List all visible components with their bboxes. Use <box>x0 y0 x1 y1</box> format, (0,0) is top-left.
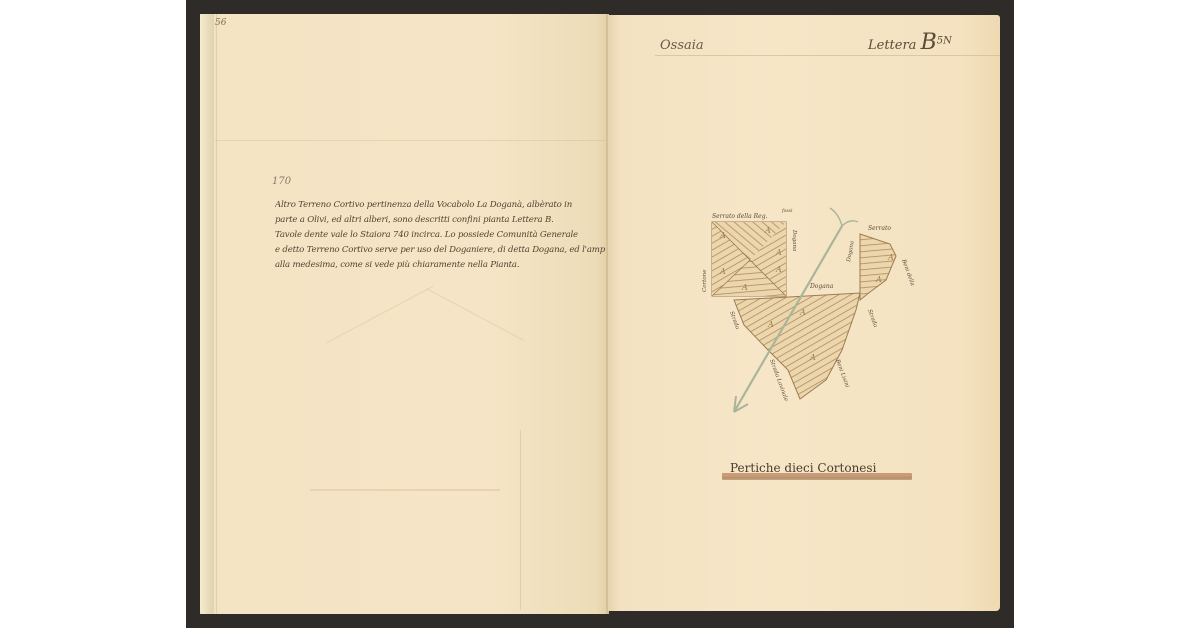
left-page-vertical-rule <box>520 430 521 610</box>
svg-text:Cortone: Cortone <box>702 269 708 292</box>
entry-line: parte a Olivi, ed altri alberi, sono des… <box>275 213 605 228</box>
letter-value: B <box>921 30 937 55</box>
entry-number: 170 <box>272 176 291 187</box>
svg-text:Strada: Strada <box>866 309 878 329</box>
entry-line: Tavole dente vale lo Staiora 740 incirca… <box>275 228 605 243</box>
entry-text: Altro Terreno Cortivo pertinenza della V… <box>275 198 605 273</box>
svg-text:A: A <box>719 267 726 276</box>
letter-header: Lettera B5N <box>868 30 952 55</box>
svg-text:fossi: fossi <box>781 208 793 214</box>
svg-text:A: A <box>741 283 748 292</box>
left-page <box>200 14 608 614</box>
page-number: 5N <box>937 36 952 47</box>
svg-text:A: A <box>775 265 782 274</box>
entry-line: alla medesima, come si vede più chiarame… <box>275 258 605 273</box>
ink-bleed-ghost <box>327 286 434 344</box>
svg-text:A: A <box>809 353 816 362</box>
locality-header: Ossaia <box>660 38 704 53</box>
entry-line: Altro Terreno Cortivo pertinenza della V… <box>275 198 605 213</box>
page-edge-stack <box>200 14 214 614</box>
svg-text:A: A <box>767 320 774 329</box>
svg-text:A: A <box>875 275 882 284</box>
entry-line: e detto Terreno Cortivo serve per uso de… <box>275 243 605 258</box>
map-label-top-left: Serrato della Reg. <box>712 213 768 220</box>
svg-text:Dogana: Dogana <box>846 240 856 263</box>
svg-text:Strada: Strada <box>728 311 740 331</box>
plot-right <box>860 234 896 300</box>
ink-bleed-ghost <box>426 288 524 341</box>
svg-text:Beni Lisini: Beni Lisini <box>834 358 850 389</box>
svg-text:A: A <box>799 308 806 317</box>
svg-text:A: A <box>887 253 894 262</box>
svg-text:A: A <box>764 226 771 235</box>
ink-bleed-scale <box>310 489 500 491</box>
cadastral-map: AAA AAA AA AAA Serrato della Reg. fossi … <box>690 200 930 430</box>
svg-text:Serrato: Serrato <box>868 225 891 232</box>
header-rule <box>655 55 1000 56</box>
svg-text:Beni della: Beni della <box>900 258 916 287</box>
svg-text:Dogana: Dogana <box>791 229 797 251</box>
plot-main <box>734 293 860 399</box>
svg-text:A: A <box>719 231 726 240</box>
page-edge-line <box>216 14 217 614</box>
svg-text:A: A <box>775 248 782 257</box>
left-page-rule <box>215 140 605 141</box>
letter-label: Lettera <box>868 38 916 53</box>
scale-bar <box>722 473 912 480</box>
svg-text:Dogana: Dogana <box>809 283 834 290</box>
folio-number: 56 <box>215 18 226 28</box>
